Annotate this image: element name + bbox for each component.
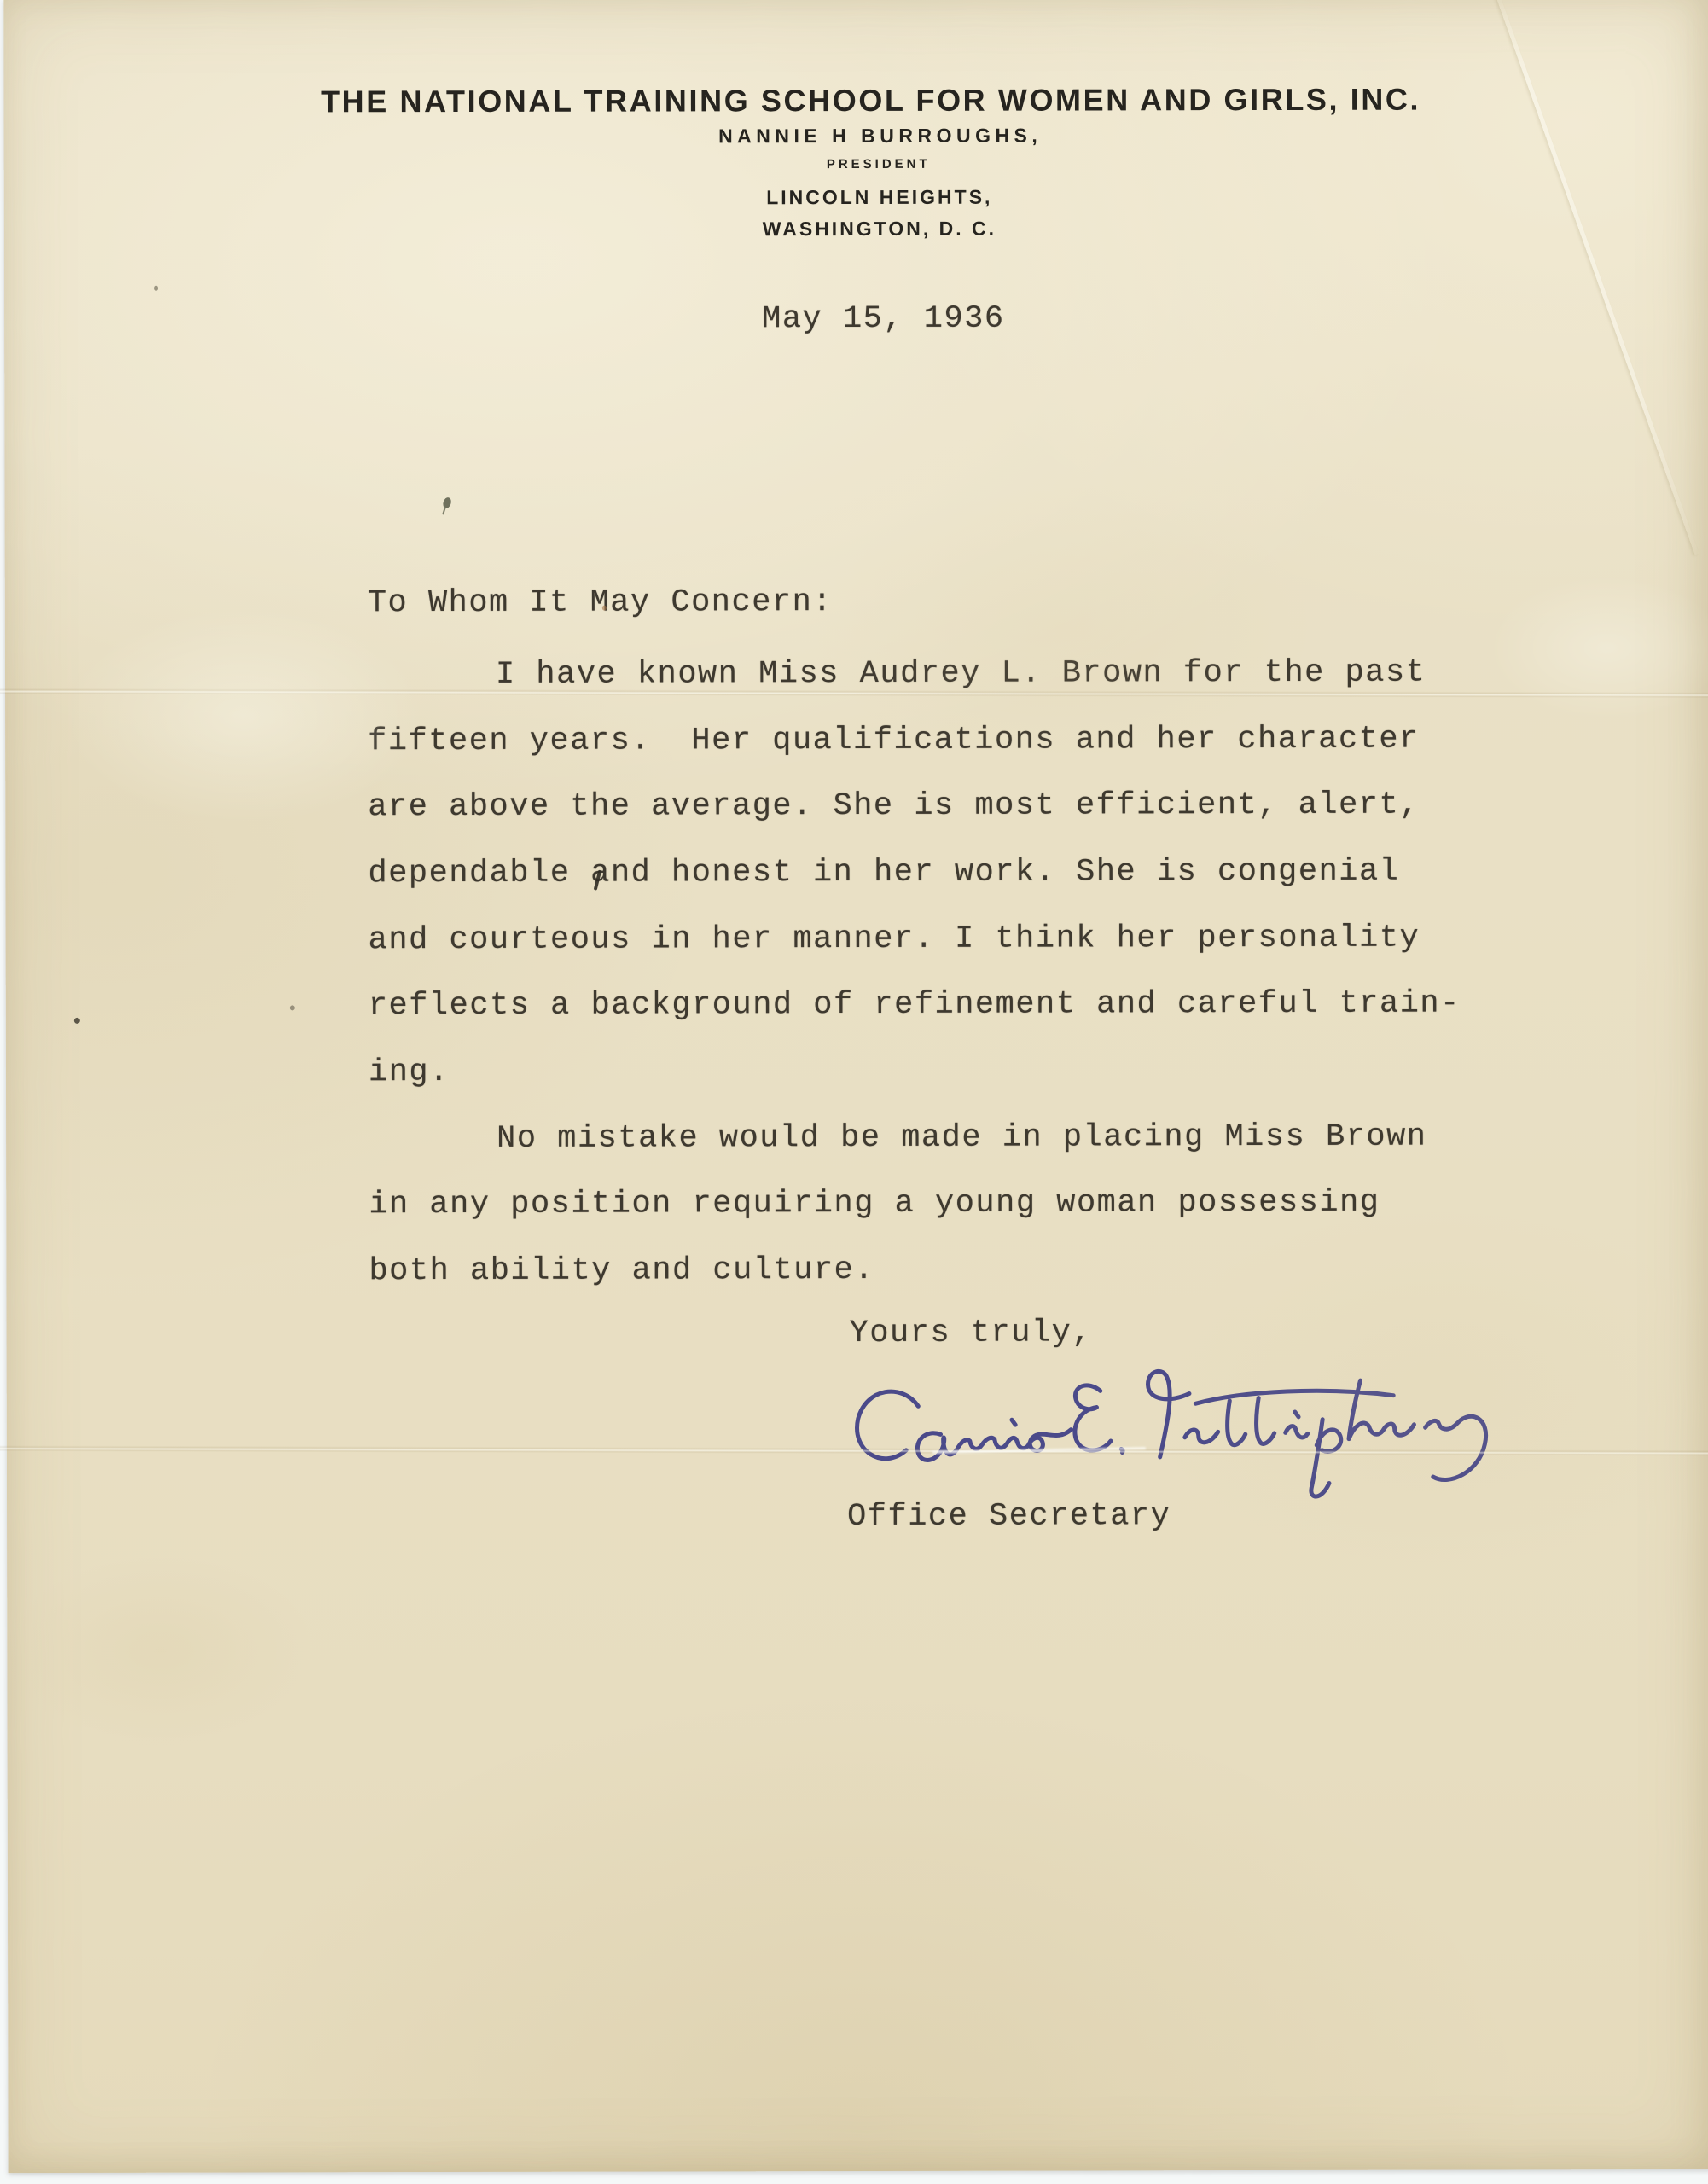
letter-body-line: dependable and honest in her work. She i… xyxy=(368,854,1399,892)
letter-body-line: are above the average. She is most effic… xyxy=(368,787,1420,826)
letter-body-line: and courteous in her manner. I think her… xyxy=(369,921,1420,959)
scanned-letter: THE NATIONAL TRAINING SCHOOL FOR WOMEN A… xyxy=(0,0,1708,2184)
letterhead-organization: THE NATIONAL TRAINING SCHOOL FOR WOMEN A… xyxy=(4,81,1708,120)
letter-salutation: To Whom It May Concern: xyxy=(368,584,833,621)
letter-body-line: ing. xyxy=(369,1054,450,1090)
letter-body-line: No mistake would be made in placing Miss… xyxy=(497,1119,1426,1157)
paper-speck xyxy=(290,1005,295,1010)
paper-speck xyxy=(74,1018,80,1024)
letter-body-line: both ability and culture. xyxy=(369,1252,874,1289)
letter-body-line: fifteen years. Her qualifications and he… xyxy=(368,722,1420,760)
signature-ink xyxy=(856,1359,1488,1513)
letter-paper: THE NATIONAL TRAINING SCHOOL FOR WOMEN A… xyxy=(3,0,1708,2173)
letterhead-address-line1: LINCOLN HEIGHTS, xyxy=(4,184,1708,211)
letterhead-president-name: NANNIE H BURROUGHS, xyxy=(4,123,1708,149)
letterhead-address-line2: WASHINGTON, D. C. xyxy=(4,216,1708,242)
paper-speck xyxy=(442,497,453,509)
letter-body-line: reflects a background of refinement and … xyxy=(369,986,1461,1025)
paper-speck xyxy=(154,286,158,291)
letter-closing: Yours truly, xyxy=(850,1315,1093,1351)
letterhead-president-title: PRESIDENT xyxy=(4,155,1708,173)
letter-date: May 15, 1936 xyxy=(762,301,1005,338)
signer-title: Office Secretary xyxy=(847,1498,1171,1535)
letter-body-line: in any position requiring a young woman … xyxy=(369,1185,1380,1223)
letter-body-line: I have known Miss Audrey L. Brown for th… xyxy=(496,655,1426,693)
